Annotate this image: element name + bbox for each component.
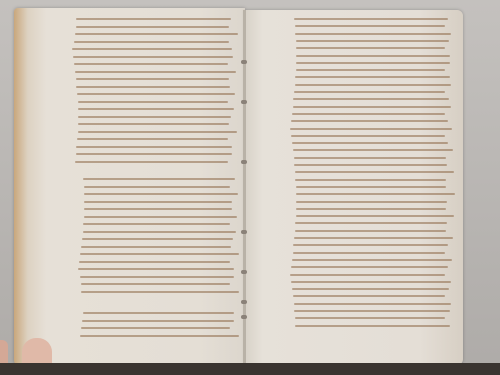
binding-stitch (241, 100, 247, 104)
binding-stitch (241, 315, 247, 319)
binding-stitch (241, 300, 247, 304)
binding-stitch (241, 230, 247, 234)
binding-stitch (241, 160, 247, 164)
binding-stitch (241, 270, 247, 274)
binding-stitch (241, 60, 247, 64)
table-edge (0, 363, 500, 375)
